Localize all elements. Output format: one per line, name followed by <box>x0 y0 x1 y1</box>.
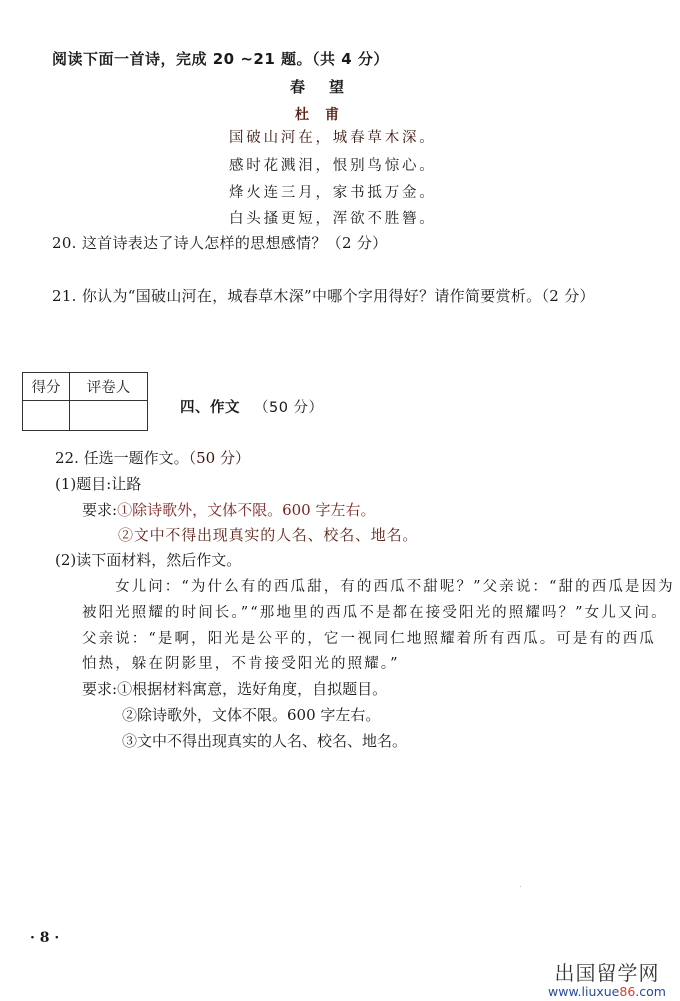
section-heading: 四、作文（50 分） <box>180 396 324 417</box>
essay-option-1-requirement-1: 要求:①除诗歌外，文体不限。600 字左右。 <box>82 499 375 520</box>
section-title: 四、作文 <box>180 400 240 416</box>
question-text: 你认为“国破山河在，城春草木深”中哪个字用得好？请作简要赏析。（2 分） <box>82 287 595 305</box>
essay-option-1-title: (1)题目:让路 <box>55 473 141 494</box>
question-number: 21. <box>52 287 77 305</box>
poem-line: 国破山河在，城春草木深。 <box>229 126 437 147</box>
poem-title: 春望 <box>290 76 368 97</box>
essay-option-2-requirement-3: ③文中不得出现真实的人名、校名、地名。 <box>122 730 407 751</box>
requirement-label: 要求: <box>82 501 117 519</box>
score-table-header-row: 得分 评卷人 <box>23 373 148 401</box>
essay-option-2-requirement-2: ②除诗歌外，文体不限。600 字左右。 <box>122 704 380 725</box>
reading-instructions: 阅读下面一首诗，完成 20 ~21 题。（共 4 分） <box>52 48 389 69</box>
material-line: 怕热，躲在阴影里，不肯接受阳光的照耀。” <box>82 652 400 673</box>
watermark-url-suffix: .com <box>635 984 666 999</box>
section-points: （50 分） <box>254 400 324 416</box>
poem-author: 杜甫 <box>295 104 355 124</box>
essay-option-2-title: (2)读下面材料，然后作文。 <box>55 549 241 570</box>
score-header: 得分 <box>23 373 70 401</box>
poem-line: 白头搔更短，浑欲不胜簪。 <box>229 207 437 228</box>
material-line: 父亲说：“是啊，阳光是公平的，它一视同仁地照耀着所有西瓜。可是有的西瓜 <box>82 627 656 648</box>
requirement-text: ①根据材料寓意，选好角度，自拟题目。 <box>117 680 387 698</box>
page-number: · 8 · <box>30 930 59 946</box>
question-21: 21. 你认为“国破山河在，城春草木深”中哪个字用得好？请作简要赏析。（2 分） <box>52 285 595 306</box>
grader-header: 评卷人 <box>70 373 148 401</box>
poem-line: 感时花溅泪，恨别鸟惊心。 <box>229 154 437 175</box>
watermark-logo: 出国留学网 www.liuxue86.com <box>548 962 666 1000</box>
grader-value-cell <box>70 401 148 431</box>
score-table: 得分 评卷人 <box>22 372 148 431</box>
question-number: 20. <box>52 234 77 252</box>
essay-option-1-requirement-2: ②文中不得出现真实的人名、校名、地名。 <box>118 524 418 545</box>
question-text: 这首诗表达了诗人怎样的思想感情？（2 分） <box>82 234 388 252</box>
score-value-cell <box>23 401 70 431</box>
scan-artifact <box>520 886 521 887</box>
watermark-url: www.liuxue86.com <box>548 984 666 1000</box>
material-line: 被阳光照耀的时间长。”“那地里的西瓜不是都在接受阳光的照耀吗？”女儿又问。 <box>82 601 668 622</box>
question-20: 20. 这首诗表达了诗人怎样的思想感情？（2 分） <box>52 232 387 253</box>
essay-option-2-requirement-1: 要求:①根据材料寓意，选好角度，自拟题目。 <box>82 678 387 699</box>
score-table-value-row <box>23 401 148 431</box>
poem-line: 烽火连三月，家书抵万金。 <box>229 181 437 202</box>
requirement-text: ①除诗歌外，文体不限。600 字左右。 <box>117 501 375 519</box>
watermark-url-prefix: www.liuxue <box>548 984 619 999</box>
watermark-site-name: 出国留学网 <box>548 962 666 984</box>
question-text: 22. 任选一题作文。 <box>55 449 189 467</box>
watermark-url-highlight: 86 <box>619 984 635 999</box>
material-line: 女儿问：“为什么有的西瓜甜，有的西瓜不甜呢？”父亲说：“甜的西瓜是因为 <box>115 575 675 596</box>
question-22: 22. 任选一题作文。（50 分） <box>55 447 250 468</box>
requirement-label: 要求: <box>82 680 117 698</box>
question-points: （50 分） <box>189 449 250 467</box>
